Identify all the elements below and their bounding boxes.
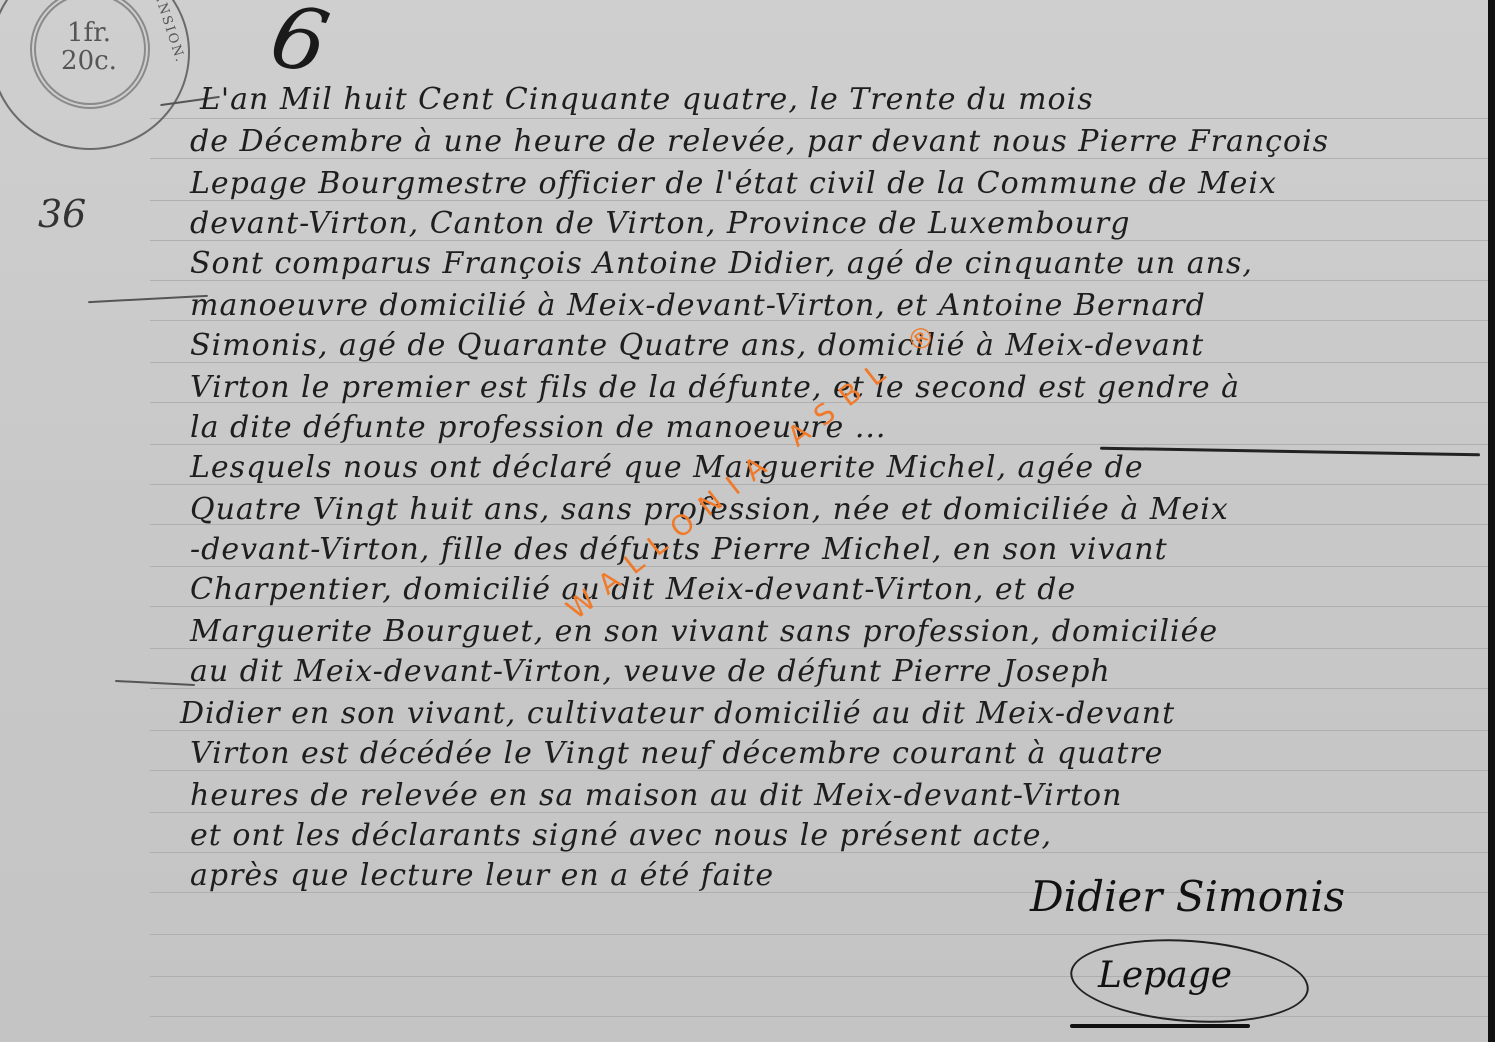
record-line: devant-Virton, Canton de Virton, Provinc… <box>190 206 1130 241</box>
record-line: L'an Mil huit Cent Cinquante quatre, le … <box>200 82 1094 117</box>
fiscal-stamp: TIMBRE DIMENSION. 1fr. 20c. <box>0 0 190 150</box>
stamp-value-line2: 20c. <box>54 47 124 75</box>
pen-flourish <box>1100 447 1480 457</box>
officer-signature: Lepage <box>1098 955 1232 996</box>
record-line: au dit Meix-devant-Virton, veuve de défu… <box>190 654 1111 689</box>
record-line: et ont les déclarants signé avec nous le… <box>190 818 1052 853</box>
record-line: heures de relevée en sa maison au dit Me… <box>190 778 1122 813</box>
record-line: Virton est décédée le Vingt neuf décembr… <box>190 736 1163 771</box>
record-line: manoeuvre domicilié à Meix-devant-Virton… <box>190 288 1206 323</box>
record-line: après que lecture leur en a été faite <box>190 858 774 893</box>
record-line: Simonis, agé de Quarante Quatre ans, dom… <box>190 328 1204 363</box>
record-line: Marguerite Bourguet, en son vivant sans … <box>190 614 1218 649</box>
ruled-line <box>150 934 1488 935</box>
signature-underline <box>1070 1024 1250 1028</box>
record-line: de Décembre à une heure de relevée, par … <box>190 124 1329 159</box>
document-page: TIMBRE DIMENSION. 1fr. 20c. 6 36 L'an Mi… <box>0 0 1488 1042</box>
record-line: Lesquels nous ont déclaré que Marguerite… <box>190 450 1144 485</box>
stamp-value-line1: 1fr. <box>54 19 124 47</box>
record-line: Virton le premier est fils de la défunte… <box>190 370 1240 405</box>
record-line: Lepage Bourgmestre officier de l'état ci… <box>190 166 1277 201</box>
margin-record-number: 36 <box>38 192 86 236</box>
ruled-line <box>150 1016 1488 1017</box>
ruled-line <box>150 118 1488 119</box>
declarant-signatures: Didier Simonis <box>1030 872 1345 921</box>
record-line: Sont comparus François Antoine Didier, a… <box>190 246 1253 281</box>
record-line: Didier en son vivant, cultivateur domici… <box>180 696 1175 731</box>
stamp-value: 1fr. 20c. <box>54 19 124 75</box>
header-mark: 6 <box>262 0 336 95</box>
pen-flourish <box>115 680 195 686</box>
scan-border <box>1488 0 1495 1042</box>
